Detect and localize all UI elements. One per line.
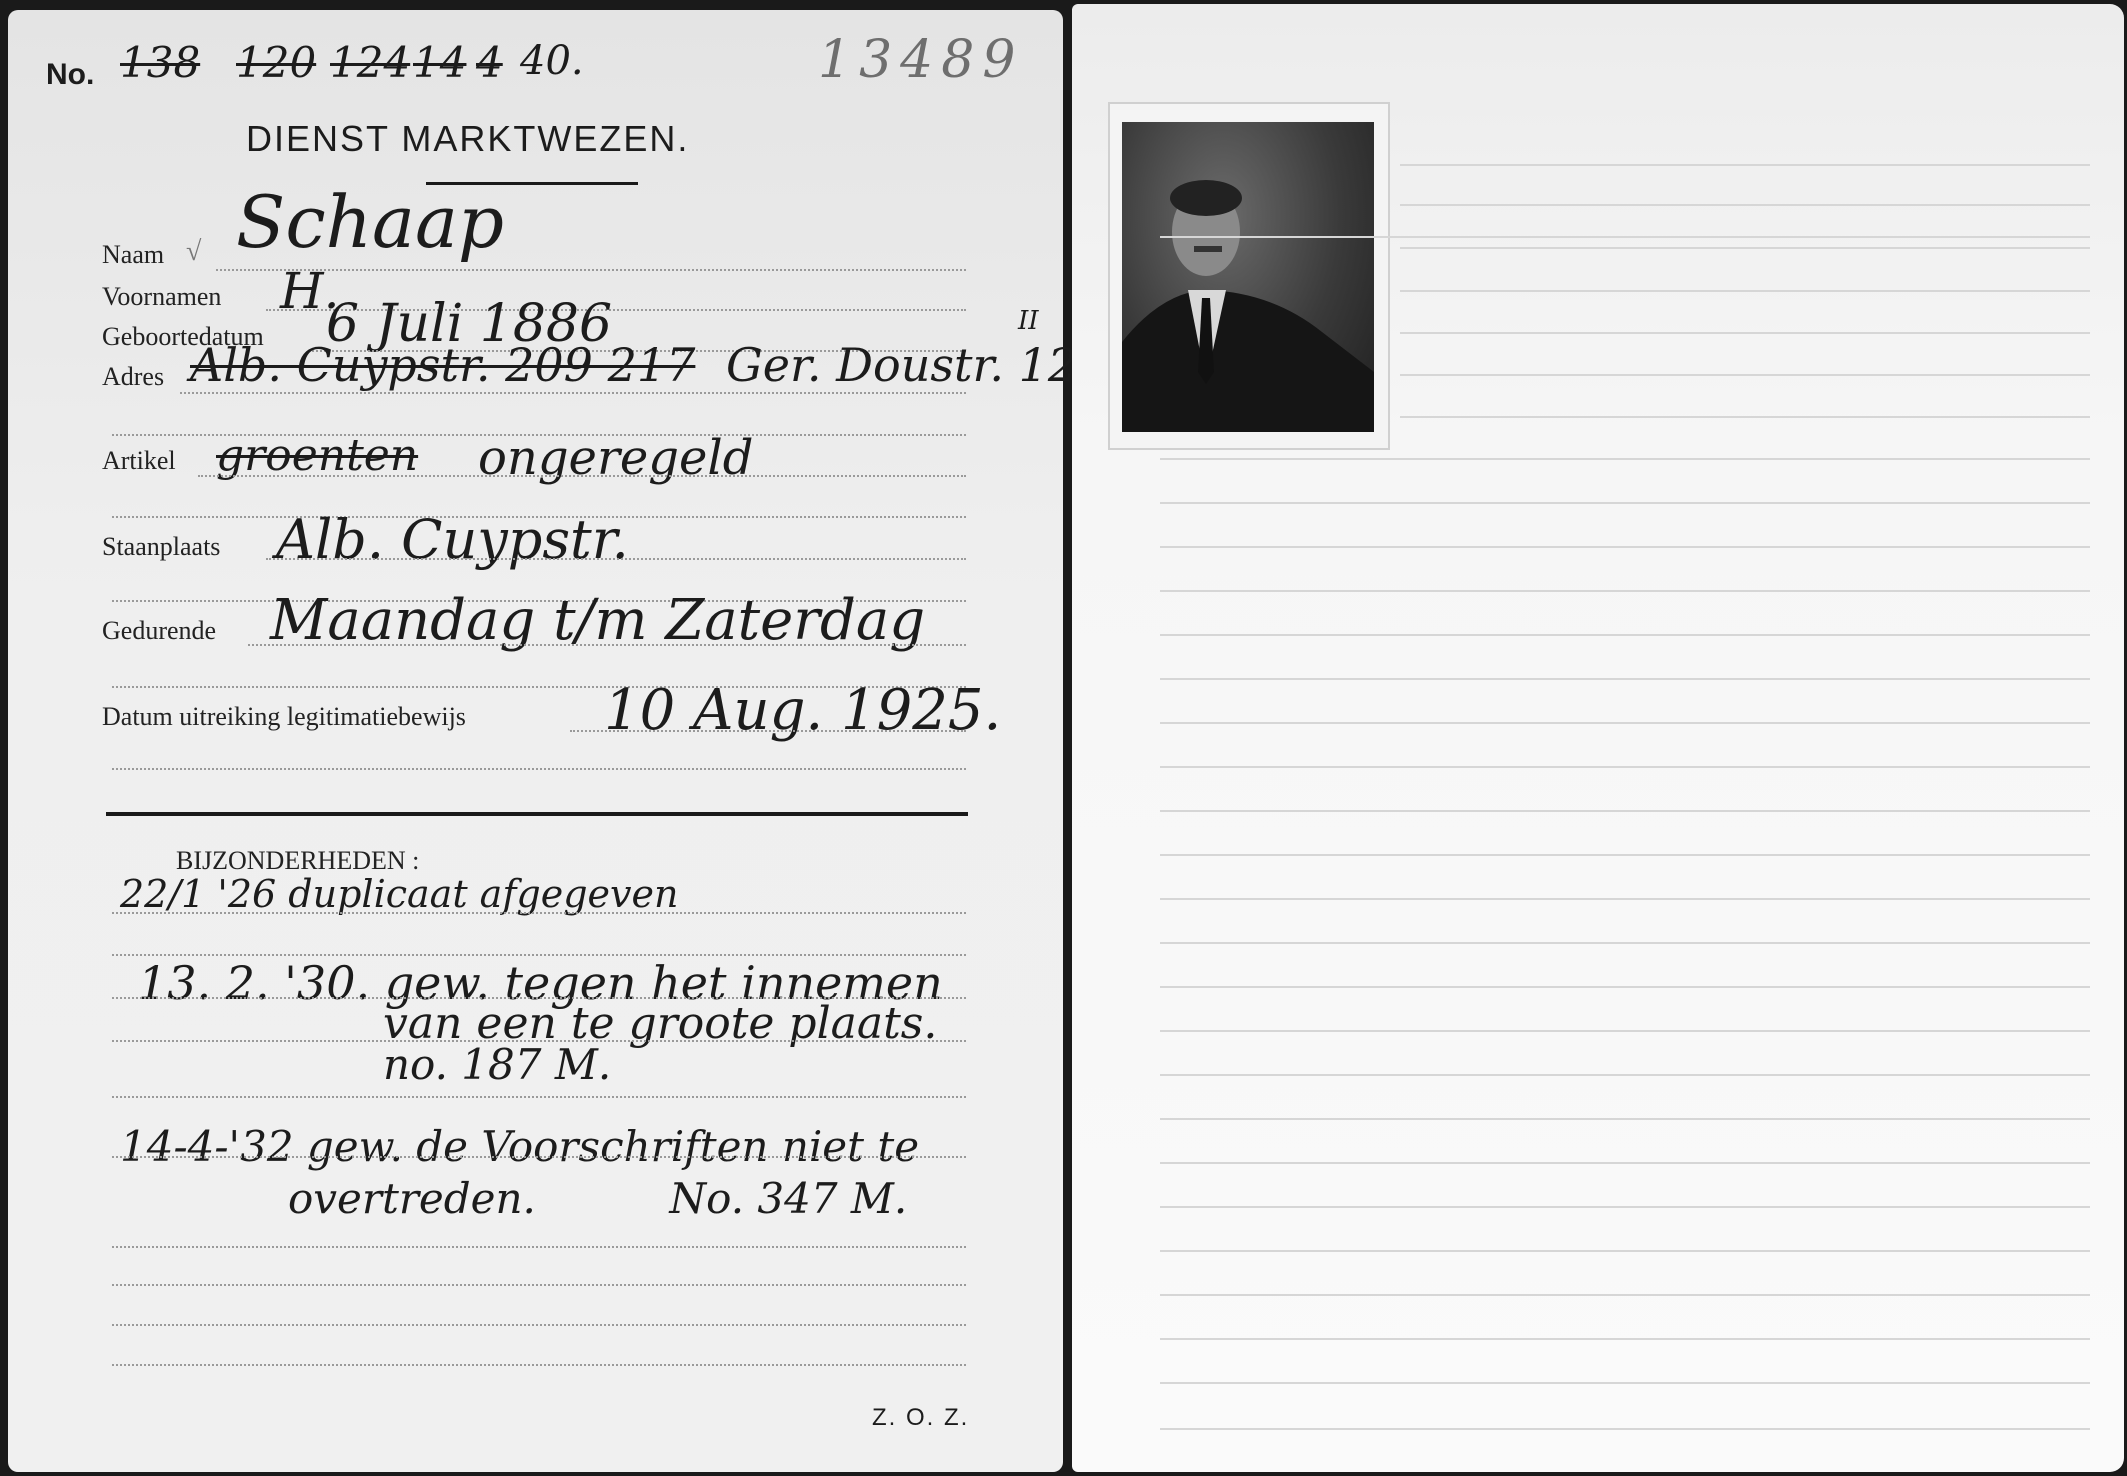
dotted-line — [112, 768, 966, 770]
portrait-icon — [1122, 122, 1374, 432]
value-adres-struck: Alb. Cuypstr. 209 217 — [190, 338, 695, 392]
dotted-line — [112, 1096, 966, 1098]
ruled-line — [1160, 1162, 2090, 1164]
ruled-line — [1400, 164, 2090, 166]
ruled-line — [1160, 722, 2090, 724]
ruled-line — [1160, 1250, 2090, 1252]
ruled-line — [1400, 247, 2090, 249]
label-staanplaats: Staanplaats — [102, 532, 220, 562]
ruled-line — [1160, 1338, 2090, 1340]
ruled-line — [1160, 1428, 2090, 1430]
label-datum-uitreiking: Datum uitreiking legitimatiebewijs — [102, 702, 466, 732]
value-artikel: ongeregeld — [478, 430, 754, 486]
number-struck-3: 124 — [330, 38, 410, 87]
ruled-line — [1160, 766, 2090, 768]
ruled-line — [1400, 290, 2090, 292]
ruled-line — [1160, 942, 2090, 944]
ruled-line — [1160, 810, 2090, 812]
value-datum-uitreiking: 10 Aug. 1925. — [604, 678, 1001, 743]
dotted-line — [112, 1284, 966, 1286]
ruled-line — [1400, 416, 2090, 418]
dotted-line — [112, 1156, 966, 1158]
ruled-line — [1160, 458, 2090, 460]
dotted-line — [180, 392, 966, 394]
ruled-line — [1400, 374, 2090, 376]
archive-number: 13489 — [818, 30, 1023, 90]
label-gedurende: Gedurende — [102, 616, 216, 646]
check-mark: √ — [186, 236, 201, 268]
ruled-line — [1160, 634, 2090, 636]
value-adres: Ger. Doustr. 127 — [726, 338, 1106, 392]
ruled-line — [1160, 546, 2090, 548]
adres-superscript: II — [1018, 306, 1039, 336]
number-struck-5: 4 — [476, 38, 503, 87]
dotted-line — [112, 1364, 966, 1366]
ruled-line — [1160, 1382, 2090, 1384]
dotted-line — [112, 912, 966, 914]
portrait-photo — [1122, 122, 1374, 432]
ruled-line — [1400, 332, 2090, 334]
ruled-line — [1160, 590, 2090, 592]
label-artikel: Artikel — [102, 446, 176, 476]
ruled-line — [1160, 898, 2090, 900]
dotted-line — [248, 644, 966, 646]
ruled-line — [1160, 1074, 2090, 1076]
registration-card-front: No. 138 120 124 14 4 40. 13489 DIENST MA… — [8, 10, 1063, 1472]
number-struck-1: 138 — [120, 38, 200, 87]
footer-zoz: Z. O. Z. — [872, 1404, 969, 1432]
ruled-line — [1160, 1206, 2090, 1208]
dotted-line — [266, 558, 966, 560]
number-struck-4: 14 — [413, 38, 466, 87]
detail-line: overtreden. No. 347 M. — [288, 1174, 907, 1223]
detail-line: 14-4-'32 gew. de Voorschriften niet te — [120, 1122, 919, 1171]
section-divider — [106, 812, 968, 816]
ruled-line — [1160, 1294, 2090, 1296]
ruled-line — [1160, 1030, 2090, 1032]
photo-frame — [1108, 102, 1390, 450]
detail-line: no. 187 M. — [383, 1040, 611, 1089]
dotted-line — [570, 730, 966, 732]
value-staanplaats: Alb. Cuypstr. — [276, 508, 629, 571]
registration-card-back — [1072, 4, 2124, 1472]
label-adres: Adres — [102, 362, 164, 392]
page-title: DIENST MARKTWEZEN. — [246, 118, 689, 160]
label-voornamen: Voornamen — [102, 282, 221, 312]
value-naam: Schaap — [236, 180, 504, 264]
number-struck-2: 120 — [236, 38, 316, 87]
ruled-line — [1160, 678, 2090, 680]
ruled-line — [1160, 236, 2090, 238]
ruled-line — [1160, 502, 2090, 504]
ruled-line — [1400, 204, 2090, 206]
number-current: 40. — [520, 38, 584, 84]
ruled-line — [1160, 986, 2090, 988]
ruled-line — [1160, 854, 2090, 856]
dotted-line — [112, 1324, 966, 1326]
value-artikel-struck: groenten — [216, 430, 418, 481]
number-label: No. — [46, 58, 94, 92]
dotted-line — [112, 1246, 966, 1248]
ruled-line — [1160, 1118, 2090, 1120]
dotted-line — [198, 475, 966, 477]
label-naam: Naam — [102, 240, 164, 270]
detail-line: 22/1 '26 duplicaat afgegeven — [120, 872, 678, 916]
